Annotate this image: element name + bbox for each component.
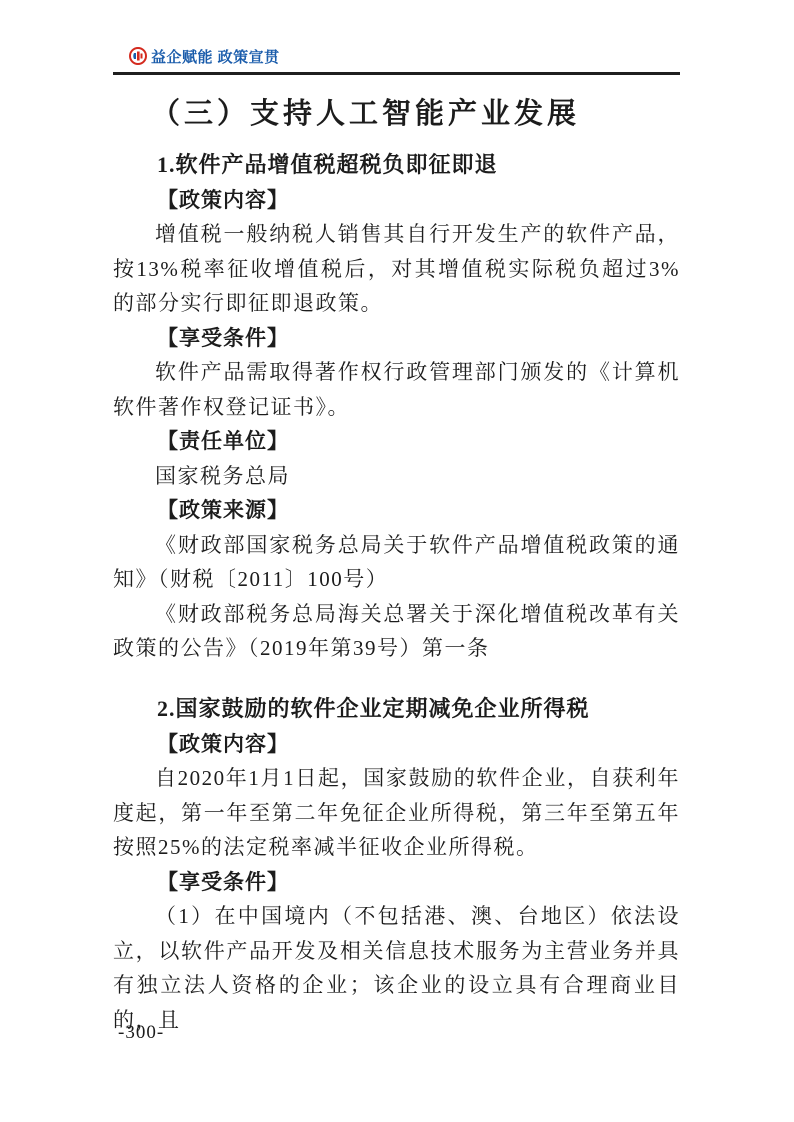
section-1-heading: 1.软件产品增值税超税负即征即退 [113, 147, 680, 183]
header-rule [113, 72, 680, 75]
paragraph: 软件产品需取得著作权行政管理部门颁发的《计算机软件著作权登记证书》。 [113, 355, 680, 424]
block-label-policy-content: 【政策内容】 [113, 183, 680, 218]
document-page: 益企赋能 政策宣贯 （三）支持人工智能产业发展 1.软件产品增值税超税负即征即退… [0, 0, 794, 1122]
section-2: 2.国家鼓励的软件企业定期减免企业所得税 【政策内容】 自2020年1月1日起，… [113, 691, 680, 1038]
tax-emblem-icon [129, 47, 147, 65]
block-label-policy-source: 【政策来源】 [113, 493, 680, 528]
paragraph: 国家税务总局 [113, 459, 680, 494]
page-title: （三）支持人工智能产业发展 [113, 91, 680, 137]
section-1: 1.软件产品增值税超税负即征即退 【政策内容】 增值税一般纳税人销售其自行开发生… [113, 147, 680, 666]
paragraph: （1）在中国境内（不包括港、澳、台地区）依法设立，以软件产品开发及相关信息技术服… [113, 899, 680, 1037]
block-label-responsible-unit: 【责任单位】 [113, 424, 680, 459]
page-number: -300- [118, 1022, 164, 1044]
block-label-eligibility: 【享受条件】 [113, 321, 680, 356]
block-label-policy-content: 【政策内容】 [113, 727, 680, 762]
brand-text: 益企赋能 政策宣贯 [151, 46, 280, 67]
paragraph: 自2020年1月1日起，国家鼓励的软件企业，自获利年度起，第一年至第二年免征企业… [113, 761, 680, 865]
paragraph: 《财政部税务总局海关总署关于深化增值税改革有关政策的公告》（2019年第39号）… [113, 597, 680, 666]
section-2-heading: 2.国家鼓励的软件企业定期减免企业所得税 [113, 691, 680, 727]
page-header: 益企赋能 政策宣贯 [113, 0, 680, 75]
brand: 益企赋能 政策宣贯 [113, 45, 680, 67]
paragraph: 增值税一般纳税人销售其自行开发生产的软件产品，按13%税率征收增值税后，对其增值… [113, 217, 680, 321]
paragraph: 《财政部国家税务总局关于软件产品增值税政策的通知》（财税〔2011〕100号） [113, 528, 680, 597]
block-label-eligibility: 【享受条件】 [113, 865, 680, 900]
